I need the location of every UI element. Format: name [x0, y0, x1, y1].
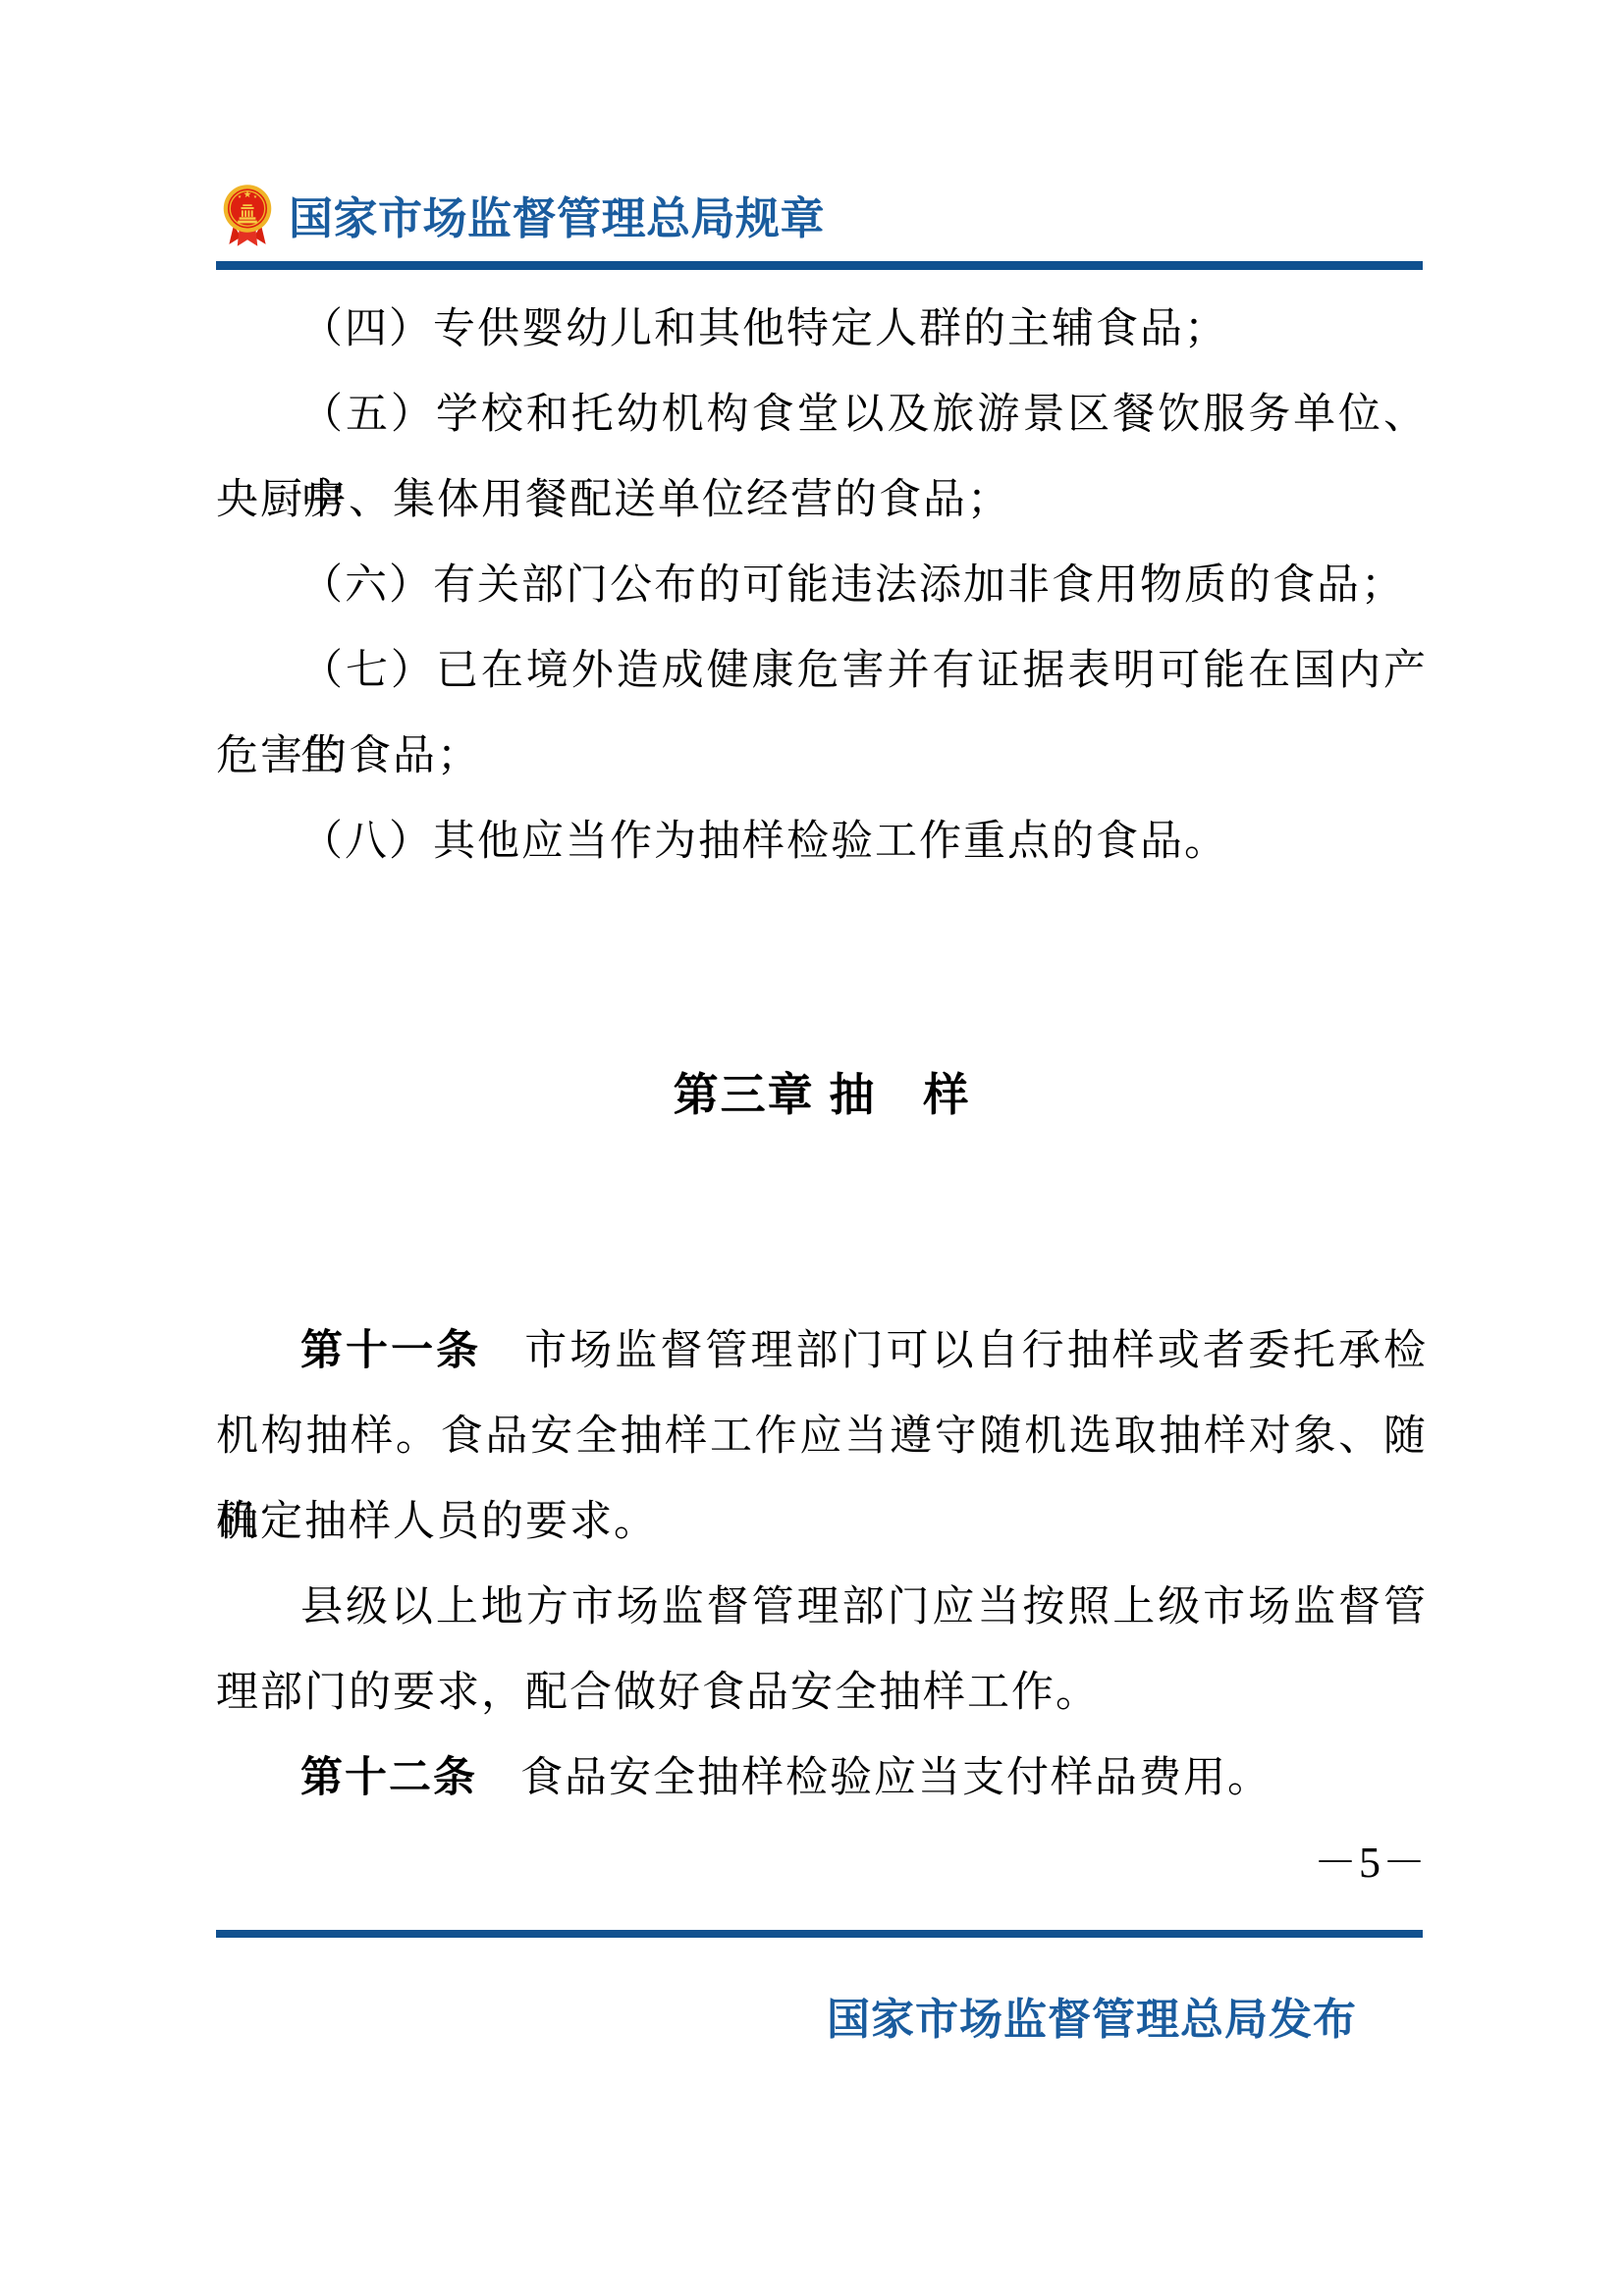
- footer-rule: [216, 1930, 1423, 1938]
- page-number: －5－: [1314, 1838, 1428, 1889]
- header-rule: [216, 261, 1423, 270]
- clause-line-8: （八）其他应当作为抽样检验工作重点的食品。: [216, 799, 1428, 884]
- chapter-heading: 第三章 抽 样: [216, 1064, 1428, 1125]
- publisher-label: 国家市场监督管理总局发布: [827, 1991, 1357, 2050]
- article-11-line-1: 第十一条市场监督管理部门可以自行抽样或者委托承检: [216, 1308, 1428, 1394]
- document-page: 国家市场监督管理总局规章 （四）专供婴幼儿和其他特定人群的主辅食品； （五）学校…: [0, 0, 1624, 2296]
- article-12-number: 第十二条: [300, 1754, 477, 1801]
- article-11-lead-text: 市场监督管理部门可以自行抽样或者委托承检: [524, 1328, 1428, 1374]
- clause-line-5a: （五）学校和托幼机构食堂以及旅游景区餐饮服务单位、中: [216, 372, 1428, 457]
- article-12-text: 食品安全抽样检验应当支付样品费用。: [520, 1755, 1272, 1801]
- clause-line-7b: 危害的食品；: [216, 714, 1428, 799]
- clause-line-4: （四）专供婴幼儿和其他特定人群的主辅食品；: [216, 287, 1428, 372]
- header-title: 国家市场监督管理总局规章: [289, 187, 825, 251]
- clause-list: （四）专供婴幼儿和其他特定人群的主辅食品； （五）学校和托幼机构食堂以及旅游景区…: [216, 287, 1428, 884]
- clause-line-5b: 央厨房、集体用餐配送单位经营的食品；: [216, 457, 1428, 543]
- clause-line-6: （六）有关部门公布的可能违法添加非食用物质的食品；: [216, 543, 1428, 628]
- article-11-para-2-line-1: 县级以上地方市场监督管理部门应当按照上级市场监督管: [216, 1565, 1428, 1650]
- national-emblem-icon: [220, 183, 275, 247]
- article-section: 第十一条市场监督管理部门可以自行抽样或者委托承检 机构抽样。食品安全抽样工作应当…: [216, 1308, 1428, 1821]
- article-12-line-1: 第十二条食品安全抽样检验应当支付样品费用。: [216, 1735, 1428, 1821]
- article-11-line-2: 机构抽样。食品安全抽样工作应当遵守随机选取抽样对象、随机: [216, 1394, 1428, 1479]
- article-11-line-3: 确定抽样人员的要求。: [216, 1479, 1428, 1565]
- clause-line-7a: （七）已在境外造成健康危害并有证据表明可能在国内产生: [216, 628, 1428, 714]
- article-11-para-2-line-2: 理部门的要求，配合做好食品安全抽样工作。: [216, 1650, 1428, 1735]
- article-11-number: 第十一条: [300, 1327, 481, 1374]
